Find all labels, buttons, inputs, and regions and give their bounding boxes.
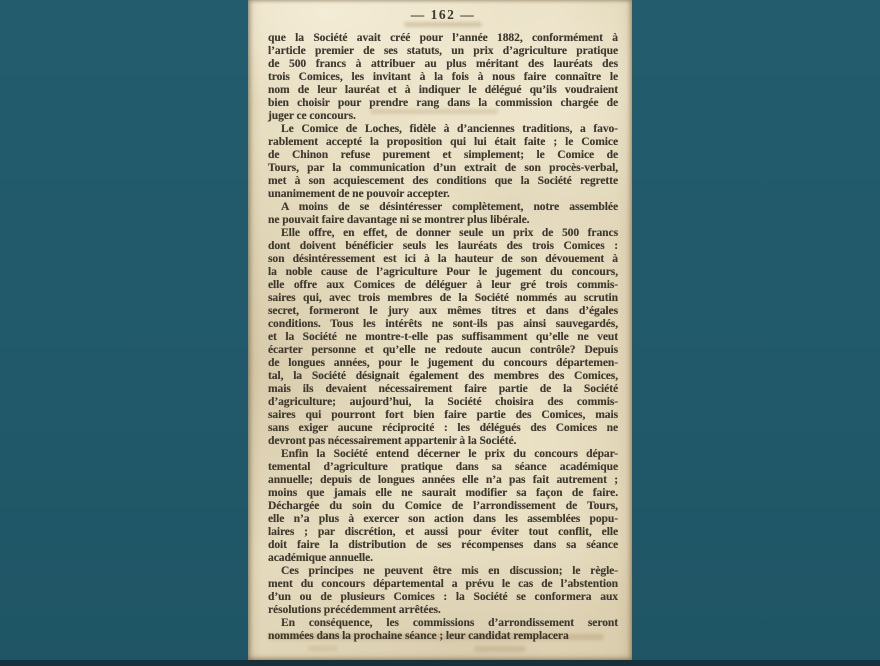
text-line: saires qui, avec trois membres de la Soc…	[268, 291, 618, 304]
text-line: de Chinon refuse purement et simplement;…	[268, 148, 618, 161]
paragraph: A moins de se désintéresser complètement…	[268, 200, 618, 226]
paragraph: Enfin la Société entend décerner le prix…	[268, 447, 618, 564]
text-line: et la Société ne montre-t-elle pas suffi…	[268, 330, 618, 343]
text-line: Le Comice de Loches, fidèle à d’ancienne…	[268, 122, 618, 135]
text-line: Déchargée du soin du Comice de l’arrondi…	[268, 499, 618, 512]
scanned-page: — 162 — que la Société avait créé pour l…	[248, 0, 632, 660]
page-content: — 162 — que la Société avait créé pour l…	[248, 0, 632, 660]
text-line: son désintéressement est ici à la hauteu…	[268, 252, 618, 265]
text-line: devront pas nécessairement appartenir à …	[268, 434, 618, 447]
paragraph: que la Société avait créé pour l’année 1…	[268, 31, 618, 122]
page-number: — 162 —	[268, 5, 618, 27]
text-line: Tours, par la communication d’un extrait…	[268, 161, 618, 174]
text-line: académique annuelle.	[268, 551, 618, 564]
text-line: temental d’agriculture pratique dans sa …	[268, 460, 618, 473]
text-line: saires qui pourront fort bien faire part…	[268, 408, 618, 421]
text-line: bien choisir pour prendre rang dans la c…	[268, 96, 618, 109]
text-line: sans exiger aucune réciprocité : les dél…	[268, 421, 618, 434]
text-line: elle n’a plus à exercer son action dans …	[268, 512, 618, 525]
text-line: A moins de se désintéresser complètement…	[268, 200, 618, 213]
text-line: l’article premier de ses statuts, un pri…	[268, 44, 618, 57]
text-line: moins que jamais elle ne saurait modifie…	[268, 486, 618, 499]
text-line: de 500 francs à attribuer au plus mérita…	[268, 57, 618, 70]
text-line: Ces principes ne peuvent être mis en dis…	[268, 564, 618, 577]
text-line: secret, formeront le jury aux mêmes titr…	[268, 304, 618, 317]
text-line: doit faire la distribution de ses récomp…	[268, 538, 618, 551]
text-line: elle offre aux Comices de déléguer à leu…	[268, 278, 618, 291]
text-line: Elle offre, en effet, de donner seule un…	[268, 226, 618, 239]
text-line: ne pouvait faire davantage ni se montrer…	[268, 213, 618, 226]
page-text: que la Société avait créé pour l’année 1…	[268, 31, 618, 642]
text-line: tal, la Société désignait également des …	[268, 369, 618, 382]
paragraph: Ces principes ne peuvent être mis en dis…	[268, 564, 618, 616]
text-line: unanimement de ne pouvoir accepter.	[268, 187, 618, 200]
text-line: trois Comices, les invitant à la fois à …	[268, 70, 618, 83]
paragraph: Elle offre, en effet, de donner seule un…	[268, 226, 618, 447]
text-line: nom de leur lauréat et à indiquer le dél…	[268, 83, 618, 96]
text-line: de longues années, pour le jugement du c…	[268, 356, 618, 369]
text-line: la noble cause de l’agriculture Pour le …	[268, 265, 618, 278]
text-line: conditions. Tous les intérêts ne sont-il…	[268, 317, 618, 330]
paragraph: En conséquence, les commissions d’arrond…	[268, 616, 618, 642]
text-line: d’agriculture; aujourd’hui, la Société c…	[268, 395, 618, 408]
text-line: d’un ou de plusieurs Comices : la Sociét…	[268, 590, 618, 603]
text-line: En conséquence, les commissions d’arrond…	[268, 616, 618, 629]
text-line: rablement accepté la proposition qui lui…	[268, 135, 618, 148]
text-line: Enfin la Société entend décerner le prix…	[268, 447, 618, 460]
text-line: que la Société avait créé pour l’année 1…	[268, 31, 618, 44]
text-line: résolutions précédemment arrêtées.	[268, 603, 618, 616]
text-line: met à son acquiescement des conditions q…	[268, 174, 618, 187]
text-line: annuelle; depuis de longues années elle …	[268, 473, 618, 486]
scan-bottom-edge	[0, 660, 880, 666]
text-line: juger ce concours.	[268, 109, 618, 122]
text-line: nommées dans la prochaine séance ; leur …	[268, 629, 618, 642]
text-line: mais ils devaient nécessairement faire p…	[268, 382, 618, 395]
text-line: dont doivent bénéficier seuls les lauréa…	[268, 239, 618, 252]
paragraph: Le Comice de Loches, fidèle à d’ancienne…	[268, 122, 618, 200]
text-line: écarter personne et qu’elle ne redoute a…	[268, 343, 618, 356]
scan-background: — 162 — que la Société avait créé pour l…	[0, 0, 880, 666]
text-line: laires ; par discrétion, et aussi pour é…	[268, 525, 618, 538]
text-line: ment du concours départemental a prévu l…	[268, 577, 618, 590]
